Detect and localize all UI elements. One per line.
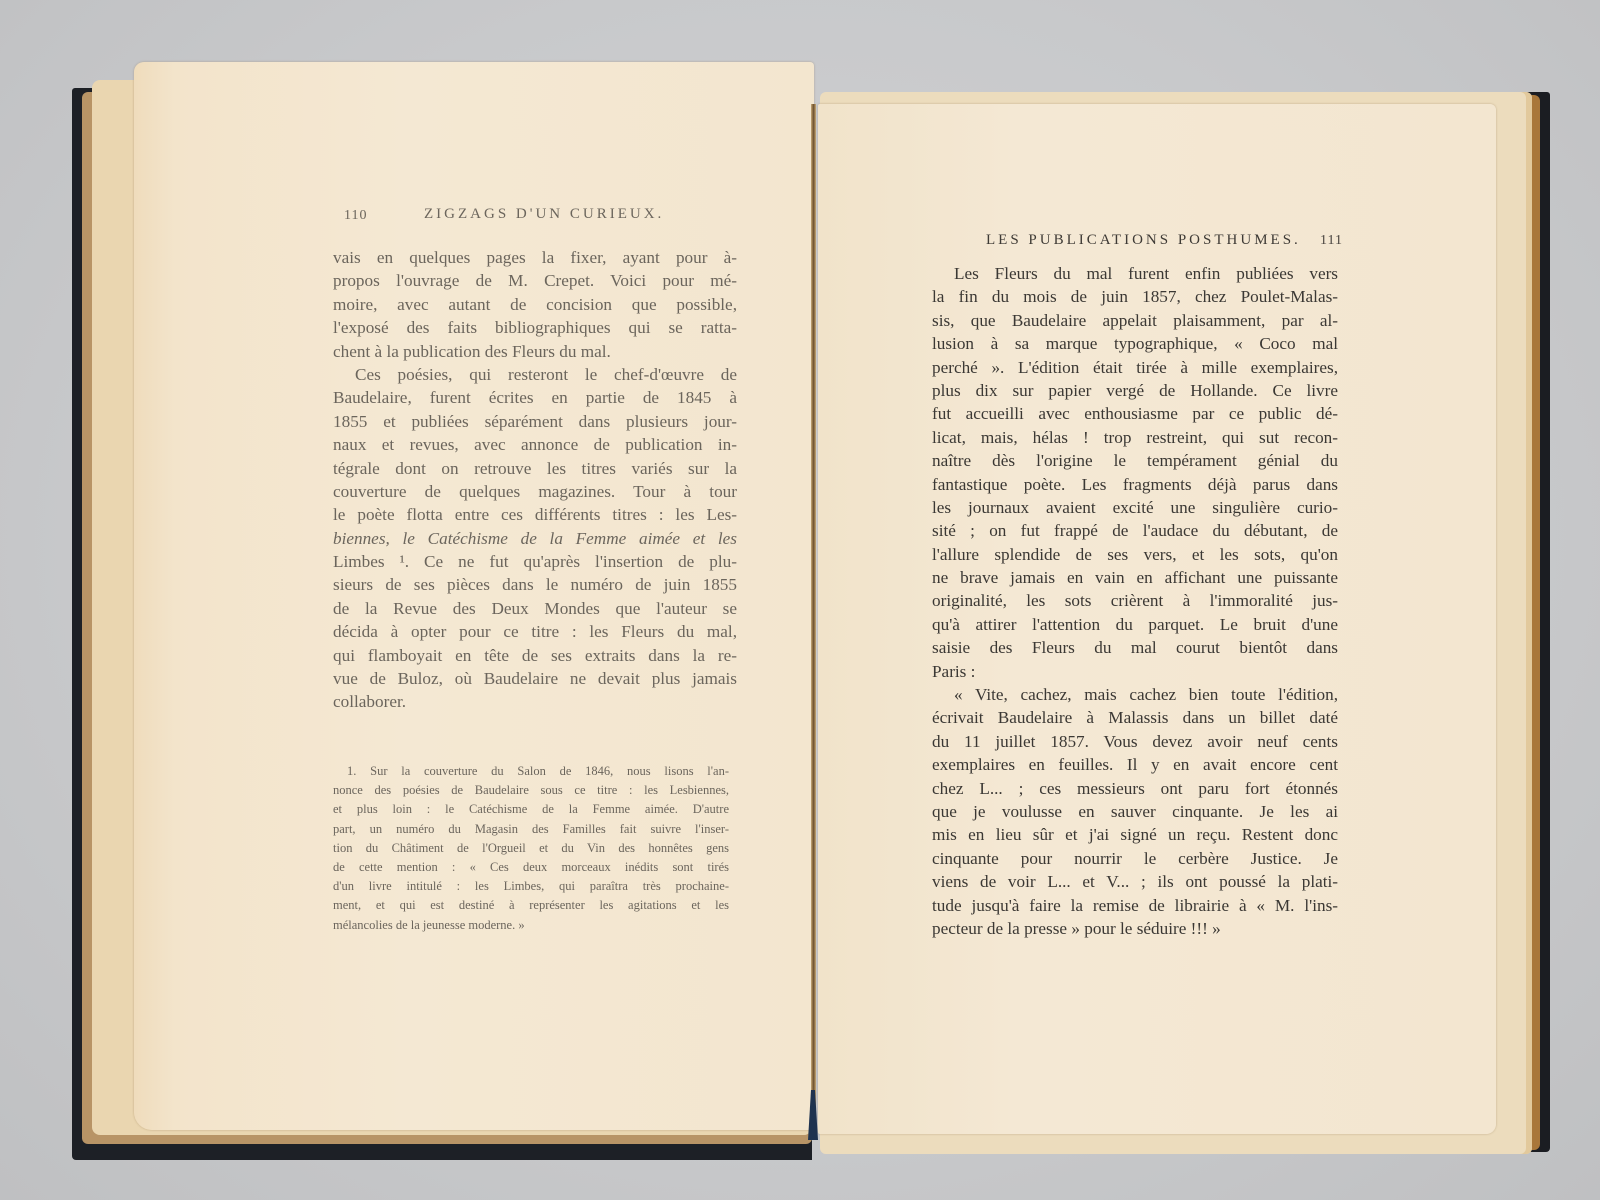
text-line: ne brave jamais en vain en affichant une… [932,566,1338,589]
text-line: Les Fleurs du mal furent enfin publiées … [932,262,1338,285]
text-line: l'allure splendide de ses vers, et les s… [932,543,1338,566]
left-running-head: ZIGZAGS D'UN CURIEUX. [424,206,664,223]
text-line: le poète flotta entre ces différents tit… [333,503,737,526]
text-line: originalité, les sots crièrent à l'immor… [932,589,1338,612]
left-body-text: vais en quelques pages la fixer, ayant p… [333,246,737,714]
text-line: « Vite, cachez, mais cachez bien toute l… [932,683,1338,706]
text-line: plus dix sur papier vergé de Hollande. C… [932,379,1338,402]
text-line: vais en quelques pages la fixer, ayant p… [333,246,737,269]
text-line: cinquante pour nourrir le cerbère Justic… [932,847,1338,870]
text-line: 1855 et publiées séparément dans plusieu… [333,410,737,433]
text-line: naître dès l'origine le tempérament géni… [932,449,1338,472]
text-line: de la Revue des Deux Mondes que l'auteur… [333,597,737,620]
text-line: chez L... ; ces messieurs ont paru fort … [932,777,1338,800]
text-line: Baudelaire, furent écrites en partie de … [333,386,737,409]
text-line: vue de Buloz, où Baudelaire ne devait pl… [333,667,737,690]
right-body-text: Les Fleurs du mal furent enfin publiées … [932,262,1338,940]
text-line: moire, avec autant de concision que poss… [333,293,737,316]
text-line: sieurs de ses pièces dans le numéro de j… [333,573,737,596]
text-line: que je voulusse en sauver cinquante. Je … [932,800,1338,823]
text-line: l'exposé des faits bibliographiques qui … [333,316,737,339]
footnote-line: 1. Sur la couverture du Salon de 1846, n… [333,762,729,781]
footnote-line: et plus loin : le Catéchisme de la Femme… [333,800,729,819]
text-line: chent à la publication des Fleurs du mal… [333,340,737,363]
text-line: qu'à attirer l'attention du parquet. Le … [932,613,1338,636]
text-line: viens de voir L... et V... ; ils ont pou… [932,870,1338,893]
text-line: écrivait Baudelaire à Malassis dans un b… [932,706,1338,729]
footnote-line: tion du Châtiment de l'Orgueil et du Vin… [333,839,729,858]
right-folio: 111 [1320,233,1343,249]
footnote-line: nonce des poésies de Baudelaire sous ce … [333,781,729,800]
footnote-line: de cette mention : « Ces deux morceaux i… [333,858,729,877]
text-line: perché ». L'édition était tirée à mille … [932,356,1338,379]
text-line: Limbes ¹. Ce ne fut qu'après l'insertion… [333,550,737,573]
footnote-line: mélancolies de la jeunesse moderne. » [333,916,729,935]
text-line: naux et revues, avec annonce de publicat… [333,433,737,456]
text-line: tégrale dont on retrouve les titres vari… [333,457,737,480]
text-line: licat, mais, hélas ! trop restreint, qui… [932,426,1338,449]
text-line: mis en lieu sûr et j'ai signé un reçu. R… [932,823,1338,846]
text-line: fut accueilli avec enthousiasme par ce p… [932,402,1338,425]
text-line: du 11 juillet 1857. Vous devez avoir neu… [932,730,1338,753]
text-line: sis, que Baudelaire appelait plaisamment… [932,309,1338,332]
text-line: saisie des Fleurs du mal courut bientôt … [932,636,1338,659]
footnote-line: d'un livre intitulé : les Limbes, qui pa… [333,877,729,896]
text-line: couverture de quelques magazines. Tour à… [333,480,737,503]
footnote-line: part, un numéro du Magasin des Familles … [333,820,729,839]
text-line: fantastique poète. Les fragments déjà pa… [932,473,1338,496]
left-folio: 110 [344,208,367,224]
text-line: les journaux avaient excité une singuliè… [932,496,1338,519]
text-line: propos l'ouvrage de M. Crepet. Voici pou… [333,269,737,292]
right-running-head: LES PUBLICATIONS POSTHUMES. [986,232,1301,249]
text-line: collaborer. [333,690,737,713]
text-line: décida à opter pour ce titre : les Fleur… [333,620,737,643]
text-line: sité ; on fut frappé de l'audace du débu… [932,519,1338,542]
text-line: tude jusqu'à faire la remise de librairi… [932,894,1338,917]
book-gutter [811,104,816,1134]
footnote-line: ment, et qui est destiné à représenter l… [333,896,729,915]
text-line: lusion à sa marque typographique, « Coco… [932,332,1338,355]
text-line: Ces poésies, qui resteront le chef-d'œuv… [333,363,737,386]
left-footnote: 1. Sur la couverture du Salon de 1846, n… [333,762,729,935]
text-line: la fin du mois de juin 1857, chez Poulet… [932,285,1338,308]
text-line: pecteur de la presse » pour le séduire !… [932,917,1338,940]
text-line: exemplaires en feuilles. Il y en avait e… [932,753,1338,776]
text-line: qui flamboyait en tête de ses extraits d… [333,644,737,667]
text-line: biennes, le Catéchisme de la Femme aimée… [333,527,737,550]
text-line: Paris : [932,660,1338,683]
